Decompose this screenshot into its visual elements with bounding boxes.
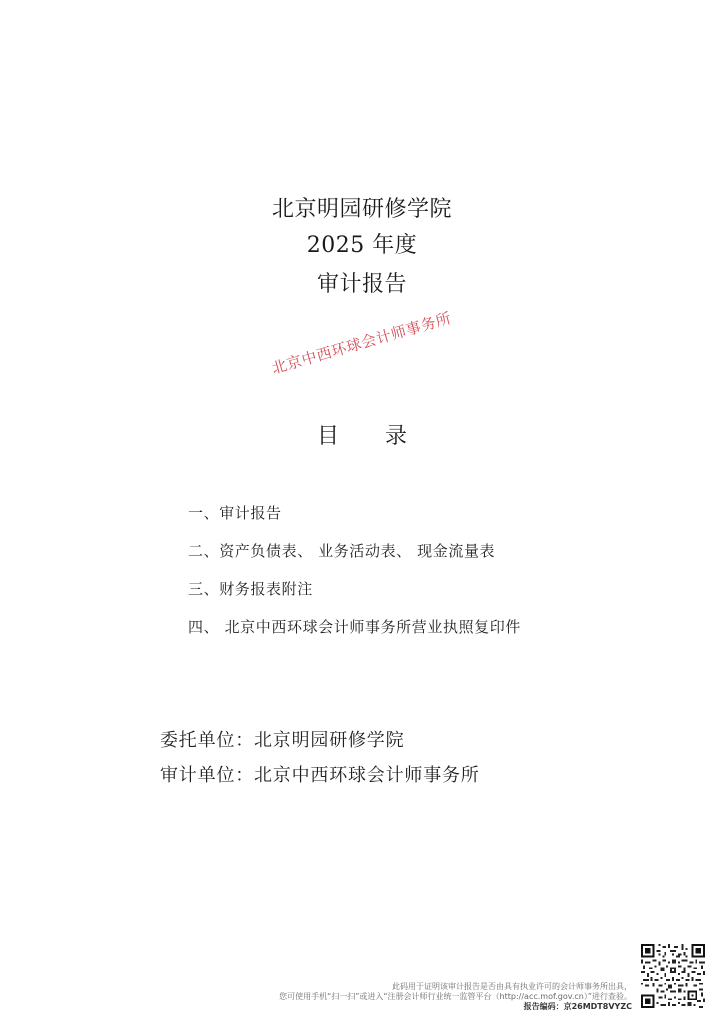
report-code: 报告编码：京26MDT8VYZC	[279, 1002, 632, 1012]
toc-heading-right: 录	[385, 423, 407, 451]
parties-block: 委托单位：北京明园研修学院 审计单位：北京中西环球会计师事务所	[160, 729, 480, 799]
entrusting-unit: 委托单位：北京明园研修学院	[160, 729, 480, 764]
qr-code-icon[interactable]	[641, 943, 705, 1009]
verification-notice: 此码用于证明该审计报告是否由具有执业许可的会计师事务所出具， 您可使用手机“扫一…	[279, 982, 632, 1012]
title-year: 2025 年度	[0, 232, 724, 260]
verification-line-2: 您可使用手机“扫一扫”或进入“注册会计师行业统一监管平台（http://acc.…	[279, 992, 632, 1002]
toc-item-financial-statements: 二、资产负债表、 业务活动表、 现金流量表	[188, 541, 521, 579]
verification-line-1: 此码用于证明该审计报告是否由具有执业许可的会计师事务所出具，	[279, 982, 632, 992]
auditor-stamp: 北京中西环球会计师事务所	[269, 307, 454, 378]
audit-unit: 审计单位：北京中西环球会计师事务所	[160, 764, 480, 799]
toc-item-business-license: 四、 北京中西环球会计师事务所营业执照复印件	[188, 617, 521, 655]
toc-list: 一、审计报告 二、资产负债表、 业务活动表、 现金流量表 三、财务报表附注 四、…	[188, 503, 521, 655]
toc-item-notes: 三、财务报表附注	[188, 579, 521, 617]
title-organization: 北京明园研修学院	[0, 196, 724, 224]
audit-report-cover-page: 北京明园研修学院 2025 年度 审计报告 北京中西环球会计师事务所 目录 一、…	[0, 0, 724, 1024]
toc-heading: 目录	[0, 423, 724, 451]
toc-heading-left: 目	[317, 423, 339, 451]
title-report-type: 审计报告	[0, 271, 724, 299]
toc-item-audit-report: 一、审计报告	[188, 503, 521, 541]
